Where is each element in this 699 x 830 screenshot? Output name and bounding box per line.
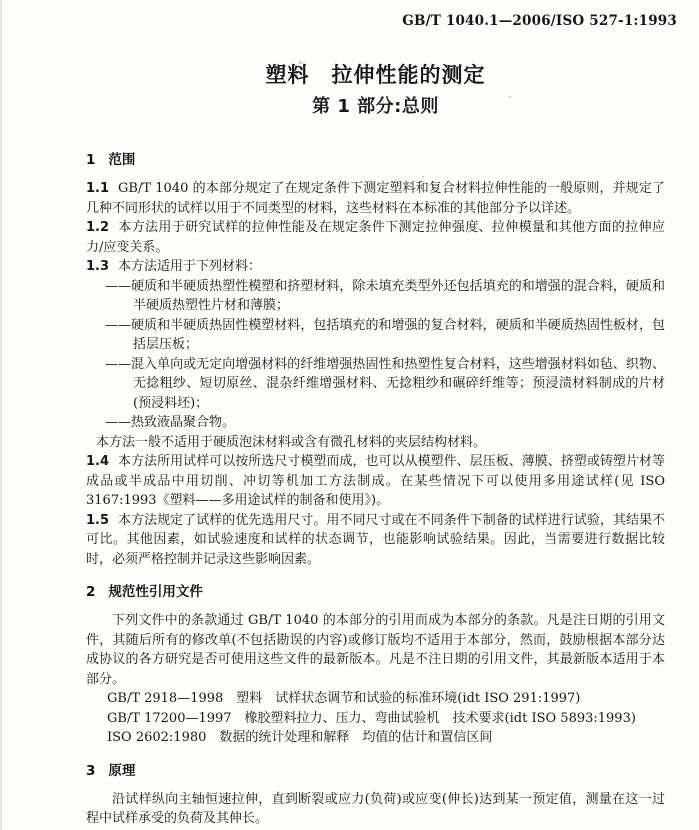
material-list-item: ——热致液晶聚合物。 — [86, 413, 665, 433]
principle-paragraph: 沿试样纵向主轴恒速拉伸，直到断裂或应力(负荷)或应变(伸长)达到某一预定值，测量… — [86, 790, 665, 829]
references-intro: 下列文件中的条款通过 GB/T 1040 的本部分的引用而成为本部分的条款。凡是… — [86, 611, 665, 689]
clause-text: GB/T 1040 的本部分规定了在规定条件下测定塑料和复合材料拉伸性能的一般原… — [86, 181, 665, 216]
section-heading-references: 2规范性引用文件 — [86, 582, 665, 602]
section-heading-scope: 1范围 — [86, 150, 665, 170]
clause-number: 1.3 — [86, 259, 109, 274]
section-title: 范围 — [108, 152, 135, 168]
material-list-item: ——硬质和半硬质热塑性模塑和挤塑材料，除未填充类型外还包括填充的和增强的混合料，… — [86, 277, 665, 316]
clause-1-3: 1.3本方法适用于下列材料： — [86, 257, 665, 277]
clause-number: 1.5 — [86, 513, 109, 528]
section-heading-principle: 3原理 — [86, 761, 665, 781]
reference-item: ISO 2602:1980 数据的统计处理和解释 均值的估计和置信区间 — [86, 728, 665, 748]
clause-number: 1.1 — [86, 181, 109, 196]
clause-number: 1.2 — [86, 220, 109, 235]
clause-text: 本方法规定了试样的优先选用尺寸。用不同尺寸或在不同条件下制备的试样进行试验，其结… — [86, 513, 665, 567]
standard-code: GB/T 1040.1—2006/ISO 527-1:1993 — [402, 13, 677, 29]
section-number: 2 — [86, 584, 95, 600]
clause-1-5: 1.5本方法规定了试样的优先选用尺寸。用不同尺寸或在不同条件下制备的试样进行试验… — [86, 511, 665, 570]
clause-text: 本方法用于研究试样的拉伸性能及在规定条件下测定拉伸强度、拉伸模量和其他方面的拉伸… — [86, 220, 665, 255]
section-title: 规范性引用文件 — [108, 584, 203, 600]
scope-note: 本方法一般不适用于硬质泡沫材料或含有微孔材料的夹层结构材料。 — [86, 433, 665, 453]
document-page: GB/T 1040.1—2006/ISO 527-1:1993 塑料 拉伸性能的… — [0, 0, 699, 830]
scan-speck — [422, 176, 424, 178]
clause-text: 本方法所用试样可以按所选尺寸模塑而成，也可以从模塑件、层压板、薄膜、挤塑或铸塑片… — [86, 454, 665, 508]
scan-speck — [299, 61, 302, 64]
clause-text: 本方法适用于下列材料： — [118, 259, 261, 274]
document-subtitle: 第 1 部分:总则 — [86, 95, 665, 119]
material-list-item: ——混入单向或无定向增强材料的纤维增强热固性和热塑性复合材料，这些增强材料如毡、… — [86, 355, 665, 414]
clause-1-1: 1.1GB/T 1040 的本部分规定了在规定条件下测定塑料和复合材料拉伸性能的… — [86, 179, 665, 218]
section-number: 1 — [86, 152, 95, 168]
section-number: 3 — [86, 763, 95, 779]
material-list-item: ——硬质和半硬质热固性模塑材料，包括填充的和增强的复合材料，硬质和半硬质热固性板… — [86, 316, 665, 355]
clause-number: 1.4 — [86, 454, 109, 469]
clause-1-4: 1.4本方法所用试样可以按所选尺寸模塑而成，也可以从模塑件、层压板、薄膜、挤塑或… — [86, 452, 665, 511]
document-title: 塑料 拉伸性能的测定 — [86, 62, 665, 88]
reference-item: GB/T 17200—1997 橡胶塑料拉力、压力、弯曲试验机 技术要求(idt… — [86, 709, 665, 729]
scan-speck — [509, 96, 511, 98]
clause-1-2: 1.2本方法用于研究试样的拉伸性能及在规定条件下测定拉伸强度、拉伸模量和其他方面… — [86, 218, 665, 257]
reference-item: GB/T 2918—1998 塑料 试样状态调节和试验的标准环境(idt ISO… — [86, 689, 665, 709]
section-title: 原理 — [108, 763, 135, 779]
